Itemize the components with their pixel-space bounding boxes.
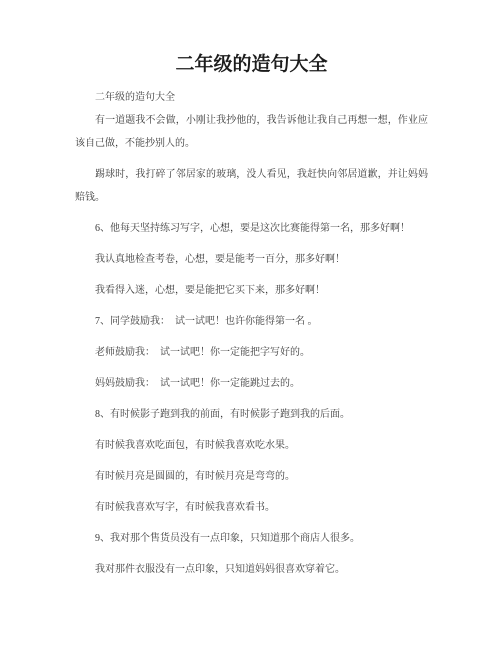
document-title: 二年级的造句大全 — [75, 52, 428, 78]
paragraph: 6、他每天坚持练习写字，心想，要是这次比赛能得第一名，那多好啊！ — [75, 217, 428, 240]
document-page: 二年级的造句大全 二年级的造句大全有一道题我不会做，小刚让我抄他的，我告诉他让我… — [0, 0, 500, 647]
paragraph: 老师鼓励我： 试一试吧！你一定能把字写好的。 — [75, 341, 428, 364]
paragraph: 有时候我喜欢吃面包，有时候我喜欢吃水果。 — [75, 434, 428, 457]
document-body: 二年级的造句大全有一道题我不会做，小刚让我抄他的，我告诉他让我自己再想一想，作业… — [75, 86, 428, 581]
paragraph: 7、同学鼓励我： 试一试吧！也许你能得第一名 。 — [75, 310, 428, 333]
paragraph: 9、我对那个售货员没有一点印象，只知道那个商店人很多。 — [75, 527, 428, 550]
paragraph: 妈妈鼓励我： 试一试吧！你一定能跳过去的。 — [75, 372, 428, 395]
paragraph: 有一道题我不会做，小刚让我抄他的，我告诉他让我自己再想一想，作业应该自己做，不能… — [75, 109, 428, 155]
document-subtitle: 二年级的造句大全 — [75, 86, 428, 109]
paragraph: 有时候月亮是圆圆的，有时候月亮是弯弯的。 — [75, 465, 428, 488]
paragraph: 我认真地检查考卷，心想，要是能考一百分，那多好啊！ — [75, 248, 428, 271]
paragraph: 有时候我喜欢写字，有时候我喜欢看书。 — [75, 496, 428, 519]
paragraph: 我看得入迷，心想，要是能把它买下来，那多好啊！ — [75, 279, 428, 302]
paragraph: 我对那件衣服没有一点印象，只知道妈妈很喜欢穿着它。 — [75, 558, 428, 581]
paragraph: 踢球时，我打碎了邻居家的玻璃，没人看见，我赶快向邻居道歉，并让妈妈赔钱。 — [75, 163, 428, 209]
paragraph: 8、有时候影子跑到我的前面，有时候影子跑到我的后面。 — [75, 403, 428, 426]
